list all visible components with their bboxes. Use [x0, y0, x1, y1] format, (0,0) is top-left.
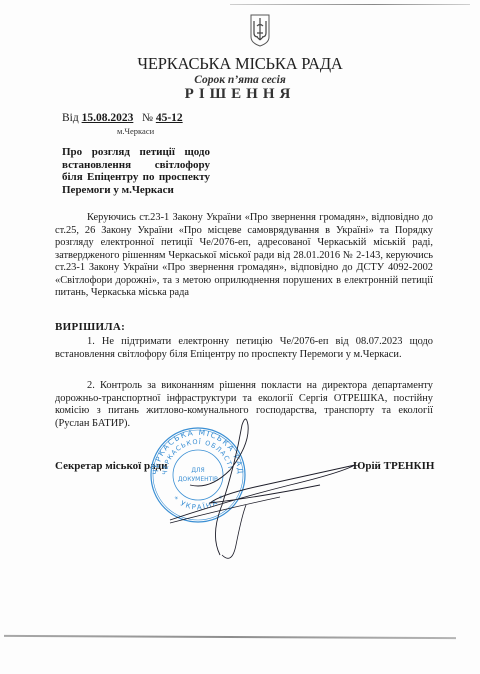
date-number-line: Від 15.08.2023 № 45-12 [62, 112, 183, 124]
date-prefix: Від [62, 112, 79, 124]
document-subject: Про розгляд петиції щодо встановлення св… [62, 146, 210, 196]
scanned-document-page: ЧЕРКАСЬКА МІСЬКА РАДА Сорок п’ята сесія … [0, 0, 480, 674]
preamble-text: Керуючись ст.23-1 Закону України «Про зв… [55, 212, 433, 300]
number-prefix: № [142, 112, 153, 124]
scan-edge-line [230, 4, 470, 5]
session-label: Сорок п’ята сесія [0, 74, 480, 86]
preamble: Керуючись ст.23-1 Закону України «Про зв… [55, 212, 433, 300]
handwritten-signature-icon [150, 415, 450, 565]
decision-item-1-text: 1. Не підтримати електронну петицію Че/2… [55, 336, 433, 361]
resolved-label: ВИРІШИЛА: [55, 321, 125, 333]
document-type-title: РІШЕННЯ [0, 86, 480, 103]
council-name: ЧЕРКАСЬКА МІСЬКА РАДА [0, 54, 480, 74]
city-label: м.Черкаси [117, 126, 154, 136]
decision-item-1: 1. Не підтримати електронну петицію Че/2… [55, 336, 433, 361]
trident-coat-of-arms-icon [249, 13, 271, 47]
document-number: 45-12 [156, 112, 183, 124]
scan-edge-line-bottom [4, 635, 456, 639]
document-date: 15.08.2023 [82, 112, 134, 124]
